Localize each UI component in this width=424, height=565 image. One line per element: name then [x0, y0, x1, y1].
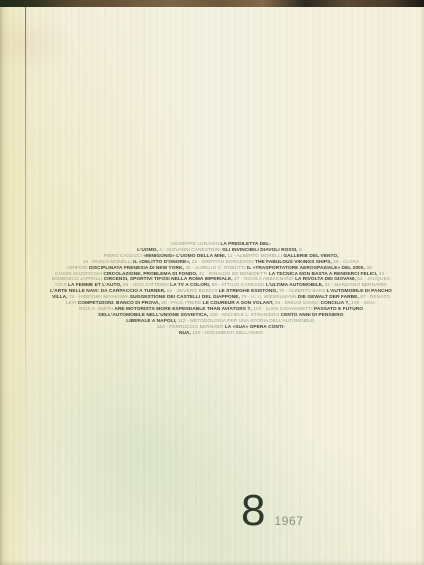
- article-title: CIRCOLAZIONE, PROBLEMA DI FONDO,: [103, 272, 199, 277]
- article-title: LA TECNICA NON BASTA A RENDERCI FELICI,: [269, 272, 379, 277]
- article-title: LA RIVOLTA DEI GIOVANI,: [295, 277, 357, 282]
- article-title: NUA,: [179, 331, 192, 336]
- article-title: L'UOMO,: [137, 248, 159, 253]
- article-title: CENTO ANNI DI PENSIERO: [281, 313, 344, 318]
- author-or-page-ref: 112 - METODOLOGIA PER UNA STORIA DELL'AU…: [178, 319, 316, 324]
- author-or-page-ref: PIERO CASUCCI: [103, 254, 143, 259]
- article-title: CIRCENSI, SPORTIVI TIFOSI NELLA ROMA IMP…: [104, 277, 234, 282]
- author-or-page-ref: 64 - SEVERO BOSCHI: [167, 289, 219, 294]
- table-of-contents: GIUSEPPE LURAGHI LA PREDILETTA DEL-L'UOM…: [26, 242, 416, 337]
- article-title: LE STREGHE ESISTONO,: [219, 289, 279, 294]
- author-or-page-ref: 14 - PAOLO MONELLI: [83, 260, 133, 265]
- scanned-cover-page: GIUSEPPE LURAGHI LA PREDILETTA DEL-L'UOM…: [0, 0, 424, 565]
- issue-year: 1967: [274, 514, 303, 528]
- article-title: L'ARTE NELLE NAVI: DA CARPACCIO A TURNER…: [50, 289, 167, 294]
- author-or-page-ref: 120 - DOCUMENTI DELL'ANNO: [192, 331, 263, 336]
- author-or-page-ref: 62 - MARZIANO BERNARDI: [325, 283, 387, 288]
- author-or-page-ref: 38 -: [366, 266, 374, 271]
- article-title: PASSATO E FUTURO: [314, 307, 363, 312]
- article-title: SUGGESTIONE DEI CASTELLI DEL GIAPPONE,: [130, 295, 241, 300]
- article-title: GALLERIE DEL VENTO,: [283, 254, 338, 259]
- article-title: CONCILIA ?,: [321, 301, 352, 306]
- article-title: COMPETIZIONI: BANCO DI PROVA,: [78, 301, 162, 306]
- article-title: L'ULTIMA AUTOMOBILE,: [266, 283, 325, 288]
- article-title: VILLA,: [52, 295, 69, 300]
- author-or-page-ref: 74 - HIDEYUKI MIYAKAWA: [69, 295, 130, 300]
- author-or-page-ref: 79 - H. U. WIESELMANN: [241, 295, 298, 300]
- article-title: DIE GEWALT DER FARBE,: [298, 295, 360, 300]
- author-or-page-ref: 103 - LUIGI GIOVANNETTI: [253, 307, 314, 312]
- author-or-page-ref: 26 - CLARA: [333, 260, 359, 265]
- author-or-page-ref: 44 -: [379, 272, 387, 277]
- author-or-page-ref: 32 - AURELIO C. ROBOTTI: [185, 266, 247, 271]
- author-or-page-ref: 70 - ALBERTO BAINI: [279, 289, 327, 294]
- article-title: L'AUTOMOBILE DI PANCHO: [327, 289, 392, 294]
- author-or-page-ref: GIUSEPPE LURAGHI: [171, 242, 220, 247]
- author-or-page-ref: 41 - RINALDO DE BENEDETTI: [199, 272, 269, 277]
- author-or-page-ref: ICKX: [55, 283, 68, 288]
- article-title: THE FABULOUS VIKINGS SHIPS,: [255, 260, 333, 265]
- article-title: IL «TRASPORTATORE AEROSPAZIALE» DEL 2000…: [247, 266, 366, 271]
- article-title: LIBERALE A NAPOLI,: [126, 319, 178, 324]
- author-or-page-ref: 54 - JACQUES: [357, 277, 390, 282]
- toc-line: NUA, 120 - DOCUMENTI DELL'ANNO: [26, 331, 416, 337]
- author-or-page-ref: 58 - ATTILIO CARESSO: [212, 283, 266, 288]
- article-title: GLI INVINCIBILI DIAVOLI ROSSI,: [222, 248, 299, 253]
- author-or-page-ref: GIANNI MAZZOCCHI: [55, 272, 104, 277]
- article-title: IL «DELITTO D'ONORE»,: [133, 260, 192, 265]
- author-or-page-ref: 6 -: [299, 248, 305, 253]
- article-title: LA PREDILETTA DEL-: [220, 242, 271, 247]
- author-or-page-ref: RICE A. SMITH: [79, 307, 114, 312]
- author-or-page-ref: 22 - GRIFFITH BORGESON: [192, 260, 255, 265]
- author-or-page-ref: GRIFONI: [67, 266, 89, 271]
- author-or-page-ref: 47 - NICOLA ABBAGNANO: [234, 277, 295, 282]
- issue-number: 8: [241, 489, 265, 533]
- article-title: LA TV A COLORI,: [170, 283, 212, 288]
- book-top-edge: [0, 0, 424, 7]
- author-or-page-ref: 11 - ALBERTO MORELLI: [227, 254, 283, 259]
- author-or-page-ref: DOMENICO JAPPELLI: [52, 277, 104, 282]
- issue-mark: 8 1967: [241, 489, 304, 533]
- author-or-page-ref: 4 - GIOVANNI CANESTRINI: [159, 248, 222, 253]
- author-or-page-ref: 56 - UGO ZATTERIN: [123, 283, 170, 288]
- author-or-page-ref: 108 - MICHELE L. STRANIERO: [210, 313, 281, 318]
- article-title: DELL'AUTOMOBILE NELL'UNIONE SOVIETICA,: [98, 313, 209, 318]
- author-or-page-ref: 100 - MAU-: [351, 301, 376, 306]
- author-or-page-ref: LEVI: [66, 301, 78, 306]
- article-title: LA «SUA» OPERA CONTI-: [225, 325, 285, 330]
- author-or-page-ref: 90 - PAUL FRERE: [161, 301, 202, 306]
- author-or-page-ref: 116 - FERRUCCIO BERNABÒ: [157, 325, 225, 330]
- article-title: «MINIGONIS» L'UOMO DELLA MINI,: [143, 254, 227, 259]
- author-or-page-ref: 94 - EMILIO SANNA: [275, 301, 321, 306]
- article-title: LA FEMME ET L'AUTO,: [68, 283, 123, 288]
- article-title: ARE MOTORISTS MORE EXPENDABLE THAN AVIAT…: [114, 307, 253, 312]
- article-title: LE COUREUR A SON VOLANT,: [203, 301, 275, 306]
- article-title: DISCIPLINATA FRENESIA DI NEW YORK,: [89, 266, 185, 271]
- author-or-page-ref: 87 - RENATO: [360, 295, 390, 300]
